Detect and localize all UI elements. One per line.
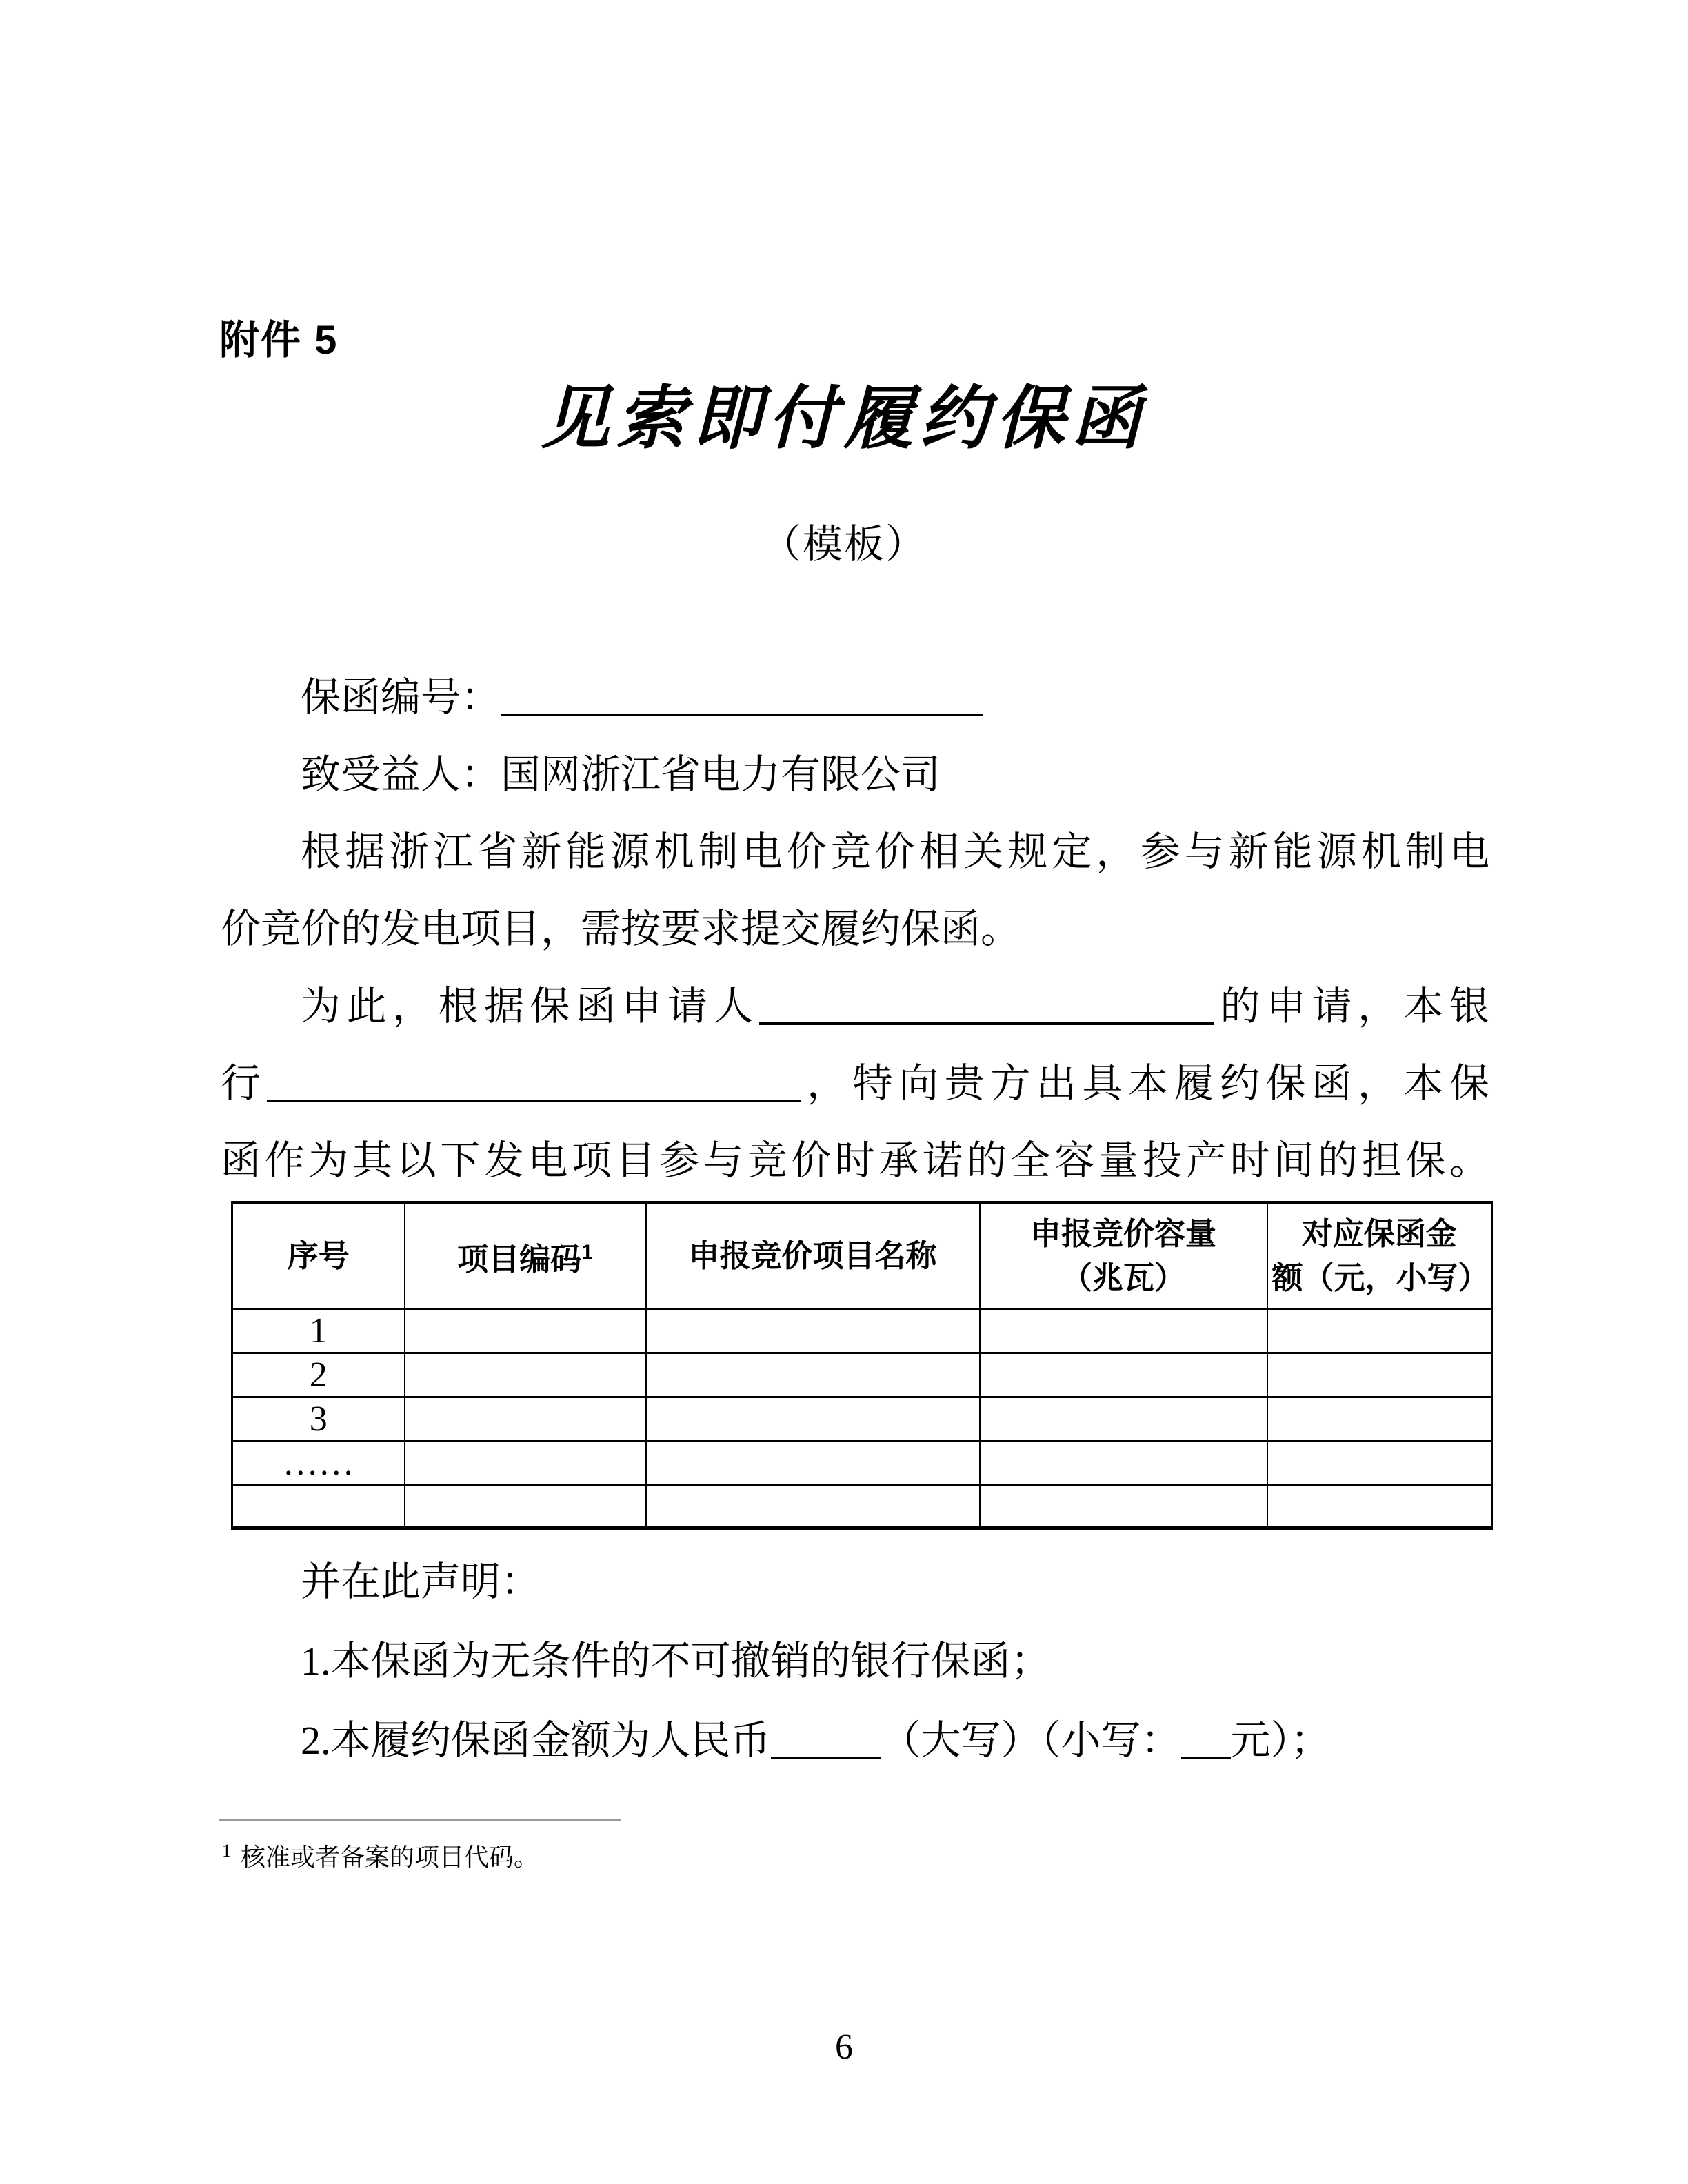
row2-name	[646, 1353, 980, 1397]
beneficiary-line: 致受益人：国网浙江省电力有限公司	[221, 736, 1489, 813]
header-project-name-label: 申报竞价项目名称	[688, 1238, 936, 1273]
table-row: 2	[232, 1353, 1492, 1397]
declaration-item2: 2.本履约保函金额为人民币（大写）（小写：元）；	[221, 1701, 1489, 1780]
table-row: 1	[232, 1309, 1492, 1353]
row2-seq: 2	[232, 1353, 405, 1397]
header-amount-line2: 额（元，小写）	[1272, 1260, 1489, 1295]
applicant-line-post: 的申请，本银	[1214, 984, 1489, 1029]
footnote-text: 核准或者备案的项目代码。	[241, 1843, 539, 1871]
bank-line: 行，特向贵方出具本履约保函，本保	[221, 1045, 1489, 1122]
footnote-separator	[219, 1819, 621, 1821]
row5-capacity	[980, 1486, 1267, 1529]
declaration-block: 并在此声明： 1.本保函为无条件的不可撤销的银行保函； 2.本履约保函金额为人民…	[221, 1542, 1489, 1780]
paragraph1-line1: 根据浙江省新能源机制电价竞价相关规定，参与新能源机制电	[221, 813, 1489, 891]
table-header-row: 序号 项目编码1 申报竞价项目名称 申报竞价容量（兆瓦） 对应保函金额（元，小写…	[232, 1203, 1492, 1309]
page-number: 6	[0, 2027, 1688, 2067]
paragraph2-line3: 函作为其以下发电项目参与竞价时承诺的全容量投产时间的担保。	[221, 1122, 1489, 1200]
table-row	[232, 1486, 1492, 1529]
row5-seq	[232, 1486, 405, 1529]
project-table: 序号 项目编码1 申报竞价项目名称 申报竞价容量（兆瓦） 对应保函金额（元，小写…	[231, 1201, 1493, 1530]
header-capacity-line1: 申报竞价容量	[1030, 1216, 1216, 1251]
row2-code	[405, 1353, 646, 1397]
row4-capacity	[980, 1442, 1267, 1486]
row3-code	[405, 1397, 646, 1442]
row3-capacity	[980, 1397, 1267, 1442]
header-amount: 对应保函金额（元，小写）	[1267, 1203, 1492, 1309]
row5-name	[646, 1486, 980, 1529]
amount-figures-blank	[1181, 1719, 1231, 1759]
row4-name	[646, 1442, 980, 1486]
footnote: 1核准或者备案的项目代码。	[222, 1838, 539, 1873]
row5-code	[405, 1486, 646, 1529]
row4-amount	[1267, 1442, 1492, 1486]
declaration-item2-mid: （大写）（小写：	[881, 1718, 1181, 1763]
bank-name-blank	[267, 1062, 801, 1102]
paragraph1-line2: 价竞价的发电项目，需按要求提交履约保函。	[221, 891, 1489, 968]
header-project-code: 项目编码1	[405, 1203, 646, 1309]
guarantee-number-label: 保函编号：	[301, 675, 501, 720]
row3-amount	[1267, 1397, 1492, 1442]
body-text: 保函编号： 致受益人：国网浙江省电力有限公司 根据浙江省新能源机制电价竞价相关规…	[221, 659, 1489, 1200]
header-seq: 序号	[232, 1203, 405, 1309]
row1-code	[405, 1309, 646, 1353]
declaration-item2-pre: 2.本履约保函金额为人民币	[301, 1718, 771, 1763]
row1-seq: 1	[232, 1309, 405, 1353]
guarantee-number-blank	[501, 676, 983, 716]
bank-line-post: ，特向贵方出具本履约保函，本保	[801, 1061, 1489, 1106]
table-row: ……	[232, 1442, 1492, 1486]
applicant-line-pre: 为此，根据保函申请人	[301, 984, 759, 1029]
guarantee-number-line: 保函编号：	[221, 659, 1489, 736]
row1-capacity	[980, 1309, 1267, 1353]
row3-name	[646, 1397, 980, 1442]
applicant-line: 为此，根据保函申请人的申请，本银	[221, 968, 1489, 1045]
amount-words-blank	[771, 1719, 881, 1759]
row1-name	[646, 1309, 980, 1353]
declaration-item1: 1.本保函为无条件的不可撤销的银行保函；	[221, 1621, 1489, 1701]
table-row: 3	[232, 1397, 1492, 1442]
row1-amount	[1267, 1309, 1492, 1353]
header-project-code-label: 项目编码	[457, 1242, 581, 1277]
row4-code	[405, 1442, 646, 1486]
project-code-footnote-marker: 1	[581, 1241, 593, 1264]
row4-seq: ……	[232, 1442, 405, 1486]
header-capacity: 申报竞价容量（兆瓦）	[980, 1203, 1267, 1309]
document-title: 见索即付履约保函	[0, 371, 1688, 467]
row2-amount	[1267, 1353, 1492, 1397]
attachment-label: 附件 5	[219, 307, 338, 365]
header-amount-line1: 对应保函金	[1302, 1216, 1457, 1251]
header-project-name: 申报竞价项目名称	[646, 1203, 980, 1309]
declaration-heading: 并在此声明：	[221, 1542, 1489, 1621]
header-seq-label: 序号	[288, 1238, 350, 1273]
bank-line-pre: 行	[221, 1061, 267, 1106]
declaration-item2-post: 元）；	[1231, 1718, 1331, 1763]
header-capacity-line2: （兆瓦）	[1061, 1260, 1185, 1295]
row3-seq: 3	[232, 1397, 405, 1442]
applicant-blank	[759, 984, 1214, 1025]
footnote-marker: 1	[222, 1841, 231, 1861]
row5-amount	[1267, 1486, 1492, 1529]
document-page: 附件 5 见索即付履约保函 （模板） 保函编号： 致受益人：国网浙江省电力有限公…	[0, 0, 1688, 2184]
document-subtitle: （模板）	[0, 512, 1688, 569]
row2-capacity	[980, 1353, 1267, 1397]
